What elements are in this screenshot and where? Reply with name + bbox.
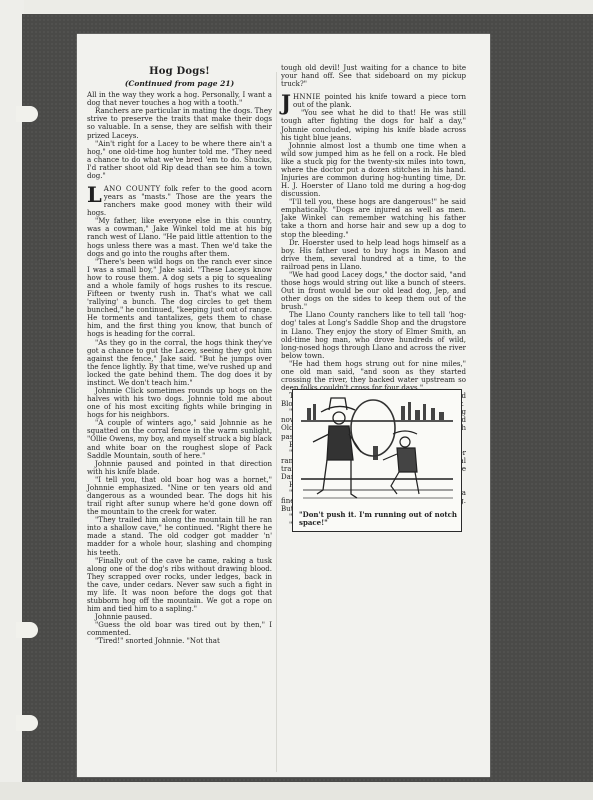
left-column: Hog Dogs! (Continued from page 21) All i… xyxy=(87,62,272,645)
article-paragraph: tough old devil! Just waiting for a chan… xyxy=(281,64,466,88)
article-paragraph: "I'll tell you, these hogs are dangerous… xyxy=(281,198,466,238)
article-paragraph: "Tired!" snorted Johnnie. "Not that xyxy=(87,637,272,645)
article-body: Hog Dogs! (Continued from page 21) All i… xyxy=(87,62,465,772)
right-column: tough old devil! Just waiting for a chan… xyxy=(281,64,466,529)
cartoon-illustration: "Don't push it. I'm running out of notch… xyxy=(292,389,462,532)
article-paragraph: "Ain't right for a Lacey to be where the… xyxy=(87,140,272,180)
drop-cap: J xyxy=(281,94,291,111)
binder-hole-top xyxy=(16,106,38,122)
article-paragraph: All in the way they work a hog. Personal… xyxy=(87,91,272,107)
scan-top-margin xyxy=(0,0,593,14)
article-paragraph: "He had them hogs strung out for nine mi… xyxy=(281,360,466,392)
article-paragraph: LANO COUNTY folk refer to the good acorn… xyxy=(87,185,272,217)
drop-cap: L xyxy=(87,186,102,203)
lead-in-caps: ANO COUNTY xyxy=(104,184,161,193)
scan-bottom-margin xyxy=(0,782,593,800)
article-paragraph: "There's been wild hogs on the ranch eve… xyxy=(87,258,272,339)
article-paragraph: "You see what he did to that! He was sti… xyxy=(281,109,466,141)
article-paragraph: "A couple of winters ago," said Johnnie … xyxy=(87,419,272,459)
continued-note: (Continued from page 21) xyxy=(87,80,272,88)
article-headline: Hog Dogs! xyxy=(87,68,272,76)
newspaper-clipping: Hog Dogs! (Continued from page 21) All i… xyxy=(77,34,490,777)
article-paragraph: Dr. Hoerster used to help lead hogs hims… xyxy=(281,239,466,271)
article-paragraph: Johnnie Click sometimes rounds up hogs o… xyxy=(87,387,272,419)
article-paragraph: "They trailed him along the mountain til… xyxy=(87,516,272,556)
article-paragraph: Johnnie paused and pointed in that direc… xyxy=(87,460,272,476)
article-paragraph: Ranchers are particular in mating the do… xyxy=(87,107,272,139)
article-paragraph: "My father, like everyone else in this c… xyxy=(87,217,272,257)
article-paragraph: JHNNIE pointed his knife toward a piece … xyxy=(281,93,466,109)
left-paragraphs: All in the way they work a hog. Personal… xyxy=(87,91,272,645)
binder-hole-bottom xyxy=(16,715,38,731)
cartoon-caption: "Don't push it. I'm running out of notch… xyxy=(299,511,457,527)
binder-hole-middle xyxy=(16,622,38,638)
article-paragraph: "Finally out of the cave he came, raking… xyxy=(87,557,272,614)
article-paragraph: "I tell you, that old boar hog was a hor… xyxy=(87,476,272,516)
article-paragraph: Johnnie almost lost a thumb one time whe… xyxy=(281,142,466,199)
column-divider xyxy=(276,72,277,772)
article-paragraph: "As they go in the corral, the hogs thin… xyxy=(87,339,272,387)
article-paragraph: The Llano County ranchers like to tell t… xyxy=(281,311,466,359)
article-paragraph: "We had good Lacey dogs," the doctor sai… xyxy=(281,271,466,311)
article-paragraph: "Guess the old boar was tired out by the… xyxy=(87,621,272,637)
lead-in-caps: HNNIE xyxy=(293,92,321,101)
